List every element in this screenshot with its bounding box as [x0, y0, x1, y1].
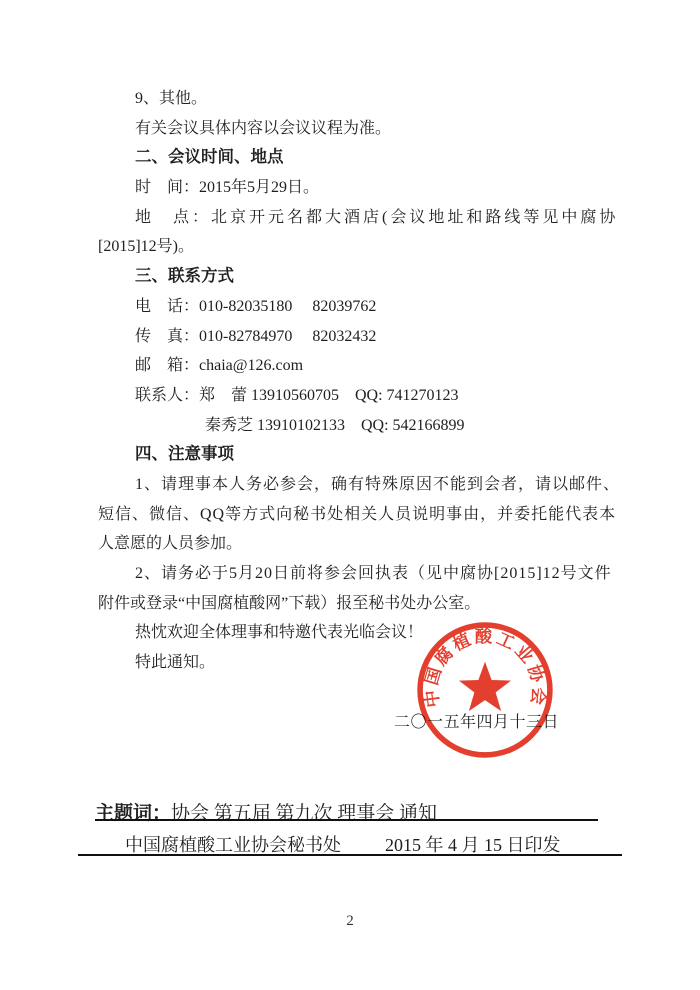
body-line: [2015]12号)。 [98, 232, 624, 262]
document-page: 9、其他。 有关会议具体内容以会议议程为准。 二、会议时间、地点 时 间：201… [0, 0, 700, 990]
footer-divider-top [95, 819, 598, 821]
meeting-time-line: 时 间：2015年5月29日。 [98, 173, 624, 203]
meeting-place-line: 地 点：北京开元名都大酒店(会议地址和路线等见中腐协 [98, 203, 624, 233]
email-line: 邮 箱：chaia@126.com [98, 351, 624, 381]
seal-graphic: 中国腐植酸工业协会 [414, 619, 556, 761]
note-1-line: 1、请理事本人务必参会，确有特殊原因不能到会者，请以邮件、 [98, 470, 624, 500]
note-1-line: 短信、微信、QQ等方式向秘书处相关人员说明事由，并委托能代表本 [98, 500, 624, 530]
section-heading-2: 二、会议时间、地点 [98, 143, 624, 173]
note-2-line: 2、请务必于5月20日前将参会回执表（见中腐协[2015]12号文件 [98, 559, 624, 589]
note-2-line: 附件或登录“中国腐植酸网”下载）报至秘书处办公室。 [98, 589, 624, 619]
section-heading-4: 四、注意事项 [98, 440, 624, 470]
star-icon [459, 662, 511, 711]
body-line: 有关会议具体内容以会议议程为准。 [98, 114, 624, 144]
footer-divider-bottom [78, 854, 622, 856]
body-line: 9、其他。 [98, 84, 624, 114]
notice-body: 9、其他。 有关会议具体内容以会议议程为准。 二、会议时间、地点 时 间：201… [98, 84, 624, 678]
contact-line-2: 秦秀芝 13910102133 QQ: 542166899 [98, 411, 624, 441]
page-number: 2 [0, 913, 700, 930]
official-seal: 中国腐植酸工业协会 [414, 619, 556, 761]
section-heading-3: 三、联系方式 [98, 262, 624, 292]
phone-line: 电 话：010-82035180 82039762 [98, 292, 624, 322]
contact-line-1: 联系人：郑 蕾 13910560705 QQ: 741270123 [98, 381, 624, 411]
note-1-line: 人意愿的人员参加。 [98, 529, 624, 559]
fax-line: 传 真：010-82784970 82032432 [98, 322, 624, 352]
